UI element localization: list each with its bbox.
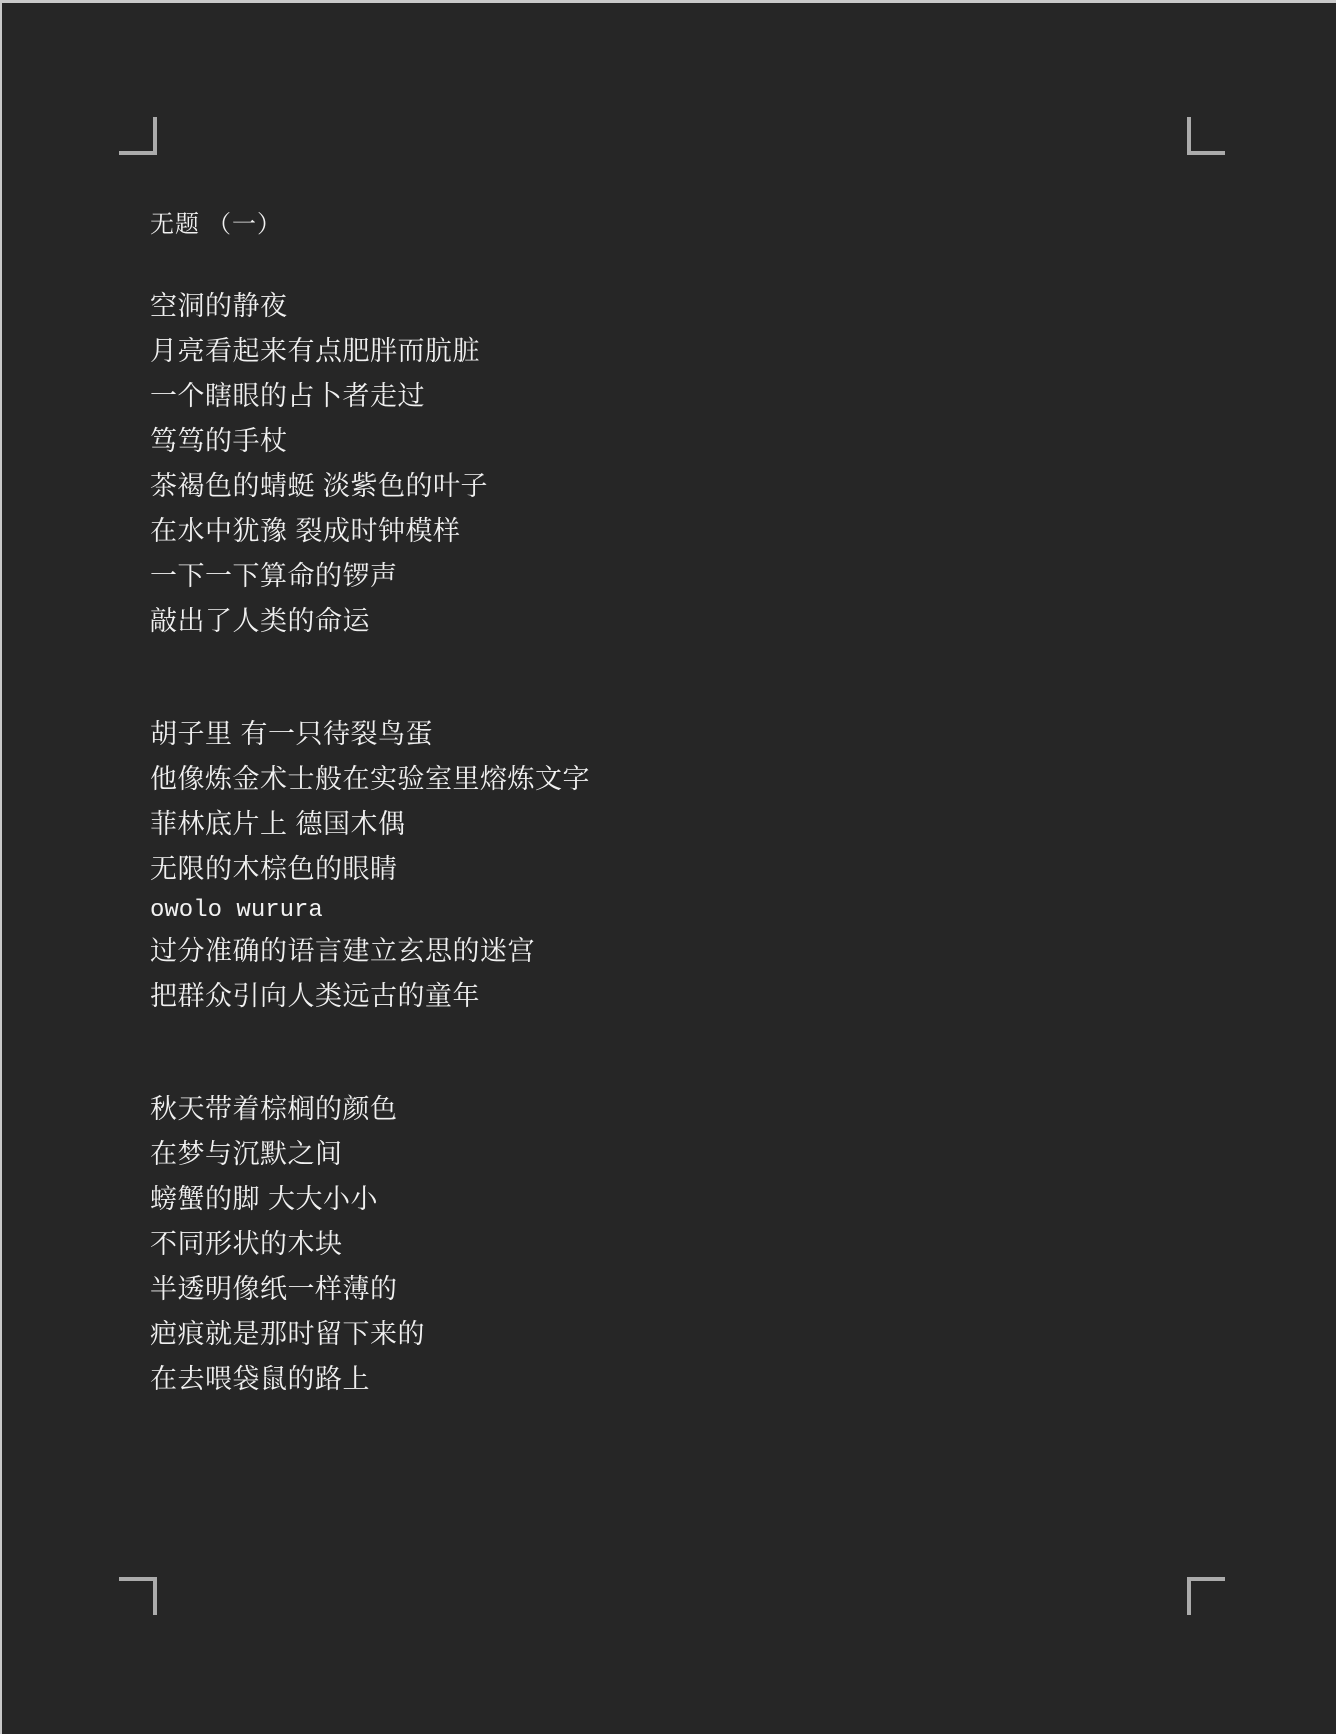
poem-line: 疤痕就是那时留下来的 [150, 1312, 1190, 1357]
stanza: 空洞的静夜月亮看起来有点肥胖而肮脏一个瞎眼的占卜者走过笃笃的手杖茶褐色的蜻蜓 淡… [150, 284, 1190, 644]
poem-line: 月亮看起来有点肥胖而肮脏 [150, 329, 1190, 374]
poem-line: 一个瞎眼的占卜者走过 [150, 374, 1190, 419]
poem-line: 胡子里 有一只待裂鸟蛋 [150, 712, 1190, 757]
poem-body: 空洞的静夜月亮看起来有点肥胖而肮脏一个瞎眼的占卜者走过笃笃的手杖茶褐色的蜻蜓 淡… [150, 284, 1190, 1402]
crop-mark-bottom-right [1187, 1577, 1225, 1615]
poem-line: 秋天带着棕榈的颜色 [150, 1087, 1190, 1132]
stanza: 秋天带着棕榈的颜色在梦与沉默之间螃蟹的脚 大大小小不同形状的木块半透明像纸一样薄… [150, 1087, 1190, 1402]
poem-line: 他像炼金术士般在实验室里熔炼文字 [150, 757, 1190, 802]
poem-line: 空洞的静夜 [150, 284, 1190, 329]
stanza: 胡子里 有一只待裂鸟蛋他像炼金术士般在实验室里熔炼文字菲林底片上 德国木偶无限的… [150, 712, 1190, 1019]
poem-line: 在梦与沉默之间 [150, 1132, 1190, 1177]
poem-line: 一下一下算命的锣声 [150, 554, 1190, 599]
poem-line: 不同形状的木块 [150, 1222, 1190, 1267]
poem-line: 笃笃的手杖 [150, 419, 1190, 464]
poem-line: 过分准确的语言建立玄思的迷宫 [150, 929, 1190, 974]
poem-line: 敲出了人类的命运 [150, 599, 1190, 644]
poem-line: owolo wurura [150, 892, 1190, 929]
poem-line: 半透明像纸一样薄的 [150, 1267, 1190, 1312]
poem-line: 菲林底片上 德国木偶 [150, 802, 1190, 847]
poem-line: 茶褐色的蜻蜓 淡紫色的叶子 [150, 464, 1190, 509]
poem-line: 在水中犹豫 裂成时钟模样 [150, 509, 1190, 554]
poem: 无题 （一） 空洞的静夜月亮看起来有点肥胖而肮脏一个瞎眼的占卜者走过笃笃的手杖茶… [150, 208, 1190, 1402]
crop-mark-bottom-left [119, 1577, 157, 1615]
crop-mark-top-left [119, 117, 157, 155]
screenshot-root: { "theme": { "bg": "#262626", "frame": "… [0, 0, 1336, 1734]
crop-mark-top-right [1187, 117, 1225, 155]
poem-line: 螃蟹的脚 大大小小 [150, 1177, 1190, 1222]
poem-title: 无题 （一） [150, 208, 1190, 242]
poem-line: 无限的木棕色的眼睛 [150, 847, 1190, 892]
poem-line: 把群众引向人类远古的童年 [150, 974, 1190, 1019]
poem-line: 在去喂袋鼠的路上 [150, 1357, 1190, 1402]
